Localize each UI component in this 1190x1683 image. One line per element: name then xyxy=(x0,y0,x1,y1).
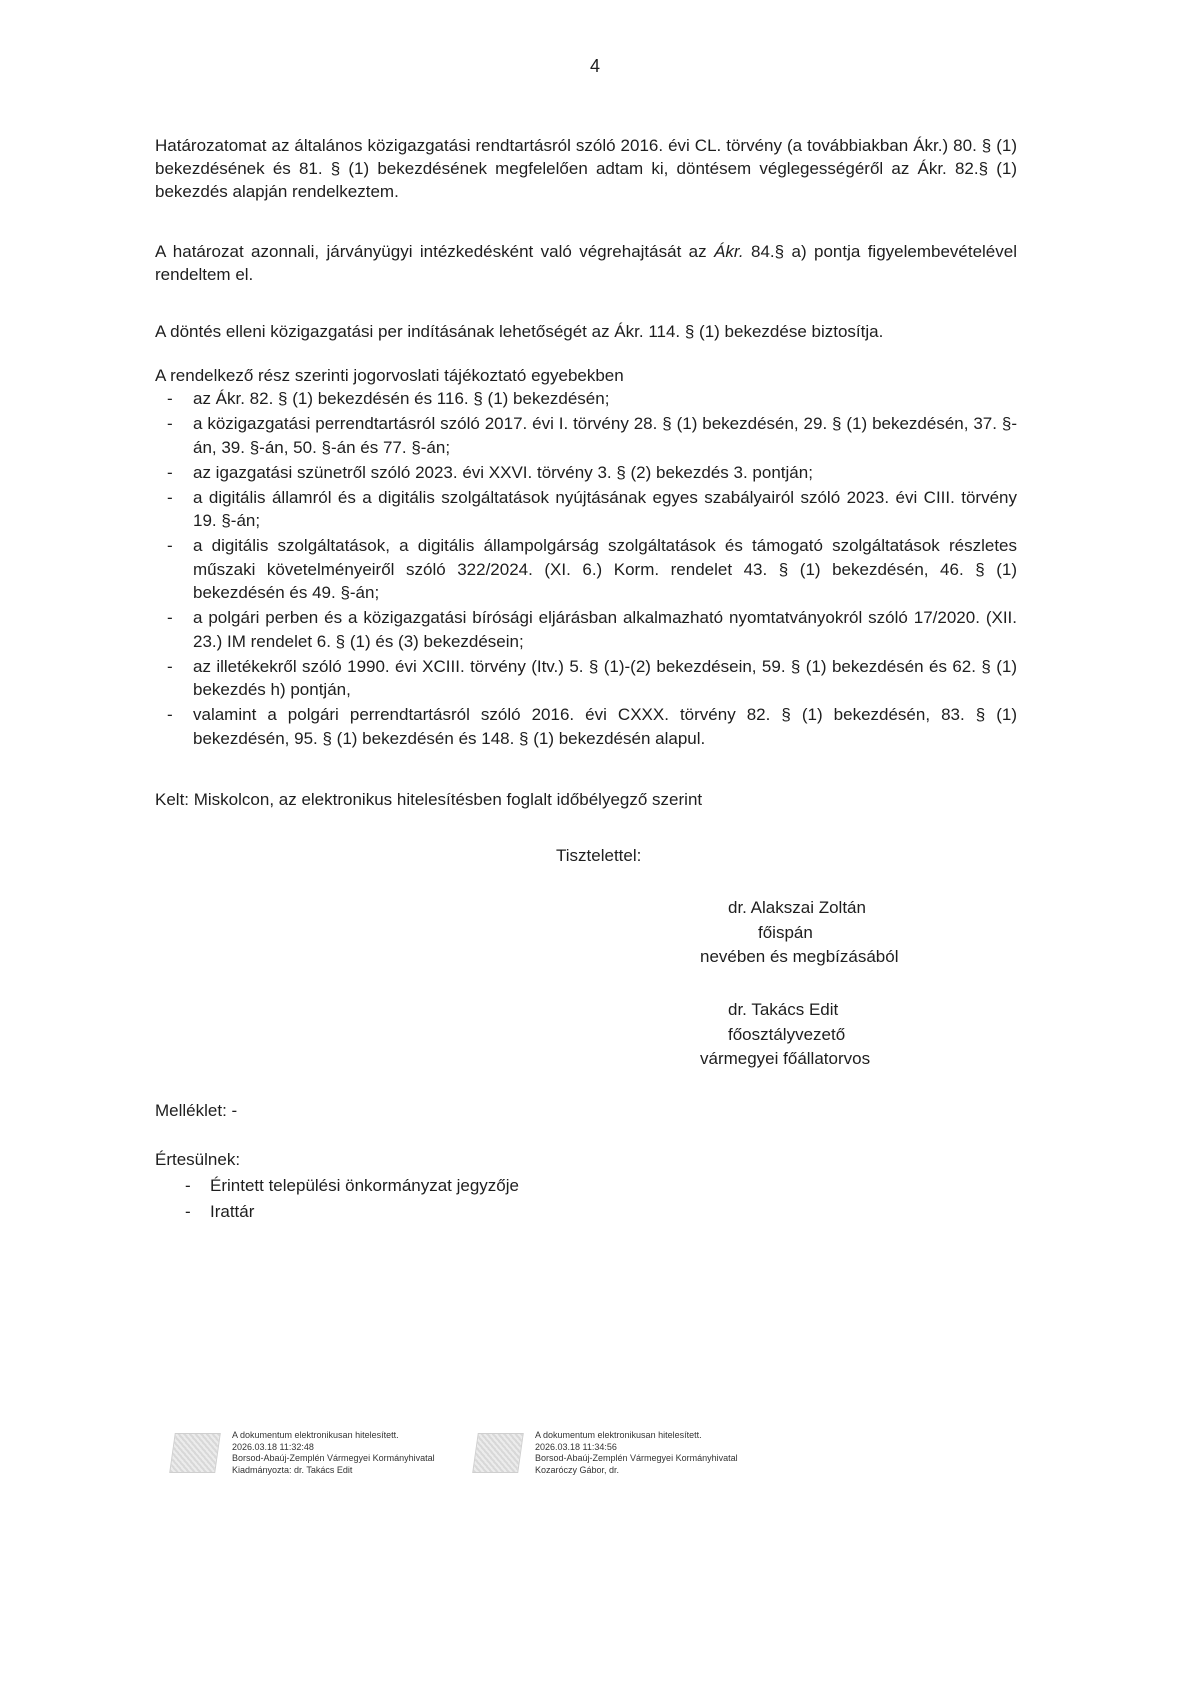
place-date-line: Kelt: Miskolcon, az elektronikus hiteles… xyxy=(155,790,702,810)
paragraph-decision-basis: Határozatomat az általános közigazgatási… xyxy=(155,134,1017,203)
stamp-timestamp: 2026.03.18 11:34:56 xyxy=(535,1442,738,1454)
stamp-authenticated: A dokumentum elektronikusan hitelesített… xyxy=(232,1430,435,1442)
seal-icon xyxy=(169,1433,221,1473)
list-item: Érintett települési önkormányzat jegyzőj… xyxy=(155,1174,755,1198)
p2-text-before: A határozat azonnali, járványügyi intézk… xyxy=(155,242,714,261)
attachment-line: Melléklet: - xyxy=(155,1101,237,1121)
list-item: az Ákr. 82. § (1) bekezdésén és 116. § (… xyxy=(155,387,1017,411)
e-signature-stamp: A dokumentum elektronikusan hitelesített… xyxy=(475,1430,738,1476)
legal-remedy-intro: A rendelkező rész szerinti jogorvoslati … xyxy=(155,364,1017,387)
list-item: a közigazgatási perrendtartásról szóló 2… xyxy=(155,412,1017,459)
legal-basis-list: az Ákr. 82. § (1) bekezdésén és 116. § (… xyxy=(155,387,1017,750)
list-item: valamint a polgári perrendtartásról szól… xyxy=(155,703,1017,750)
paragraph-appeal-right: A döntés elleni közigazgatási per indítá… xyxy=(155,320,1017,343)
list-item: az igazgatási szünetről szóló 2023. évi … xyxy=(155,461,1017,485)
page-number: 4 xyxy=(0,56,1190,77)
list-item: a polgári perben és a közigazgatási bíró… xyxy=(155,606,1017,653)
signatory-title: főispán xyxy=(700,921,1000,946)
stamp-office: Borsod-Abaúj-Zemplén Vármegyei Kormányhi… xyxy=(232,1453,435,1465)
stamp-office: Borsod-Abaúj-Zemplén Vármegyei Kormányhi… xyxy=(535,1453,738,1465)
signatory-note: nevében és megbízásából xyxy=(700,945,1000,970)
issuer-name: dr. Takács Edit xyxy=(700,998,1000,1023)
paragraph-immediate-enforcement: A határozat azonnali, járványügyi intézk… xyxy=(155,240,1017,286)
issuer-role: vármegyei főállatorvos xyxy=(700,1047,1000,1072)
list-item: a digitális szolgáltatások, a digitális … xyxy=(155,534,1017,605)
stamp-text: A dokumentum elektronikusan hitelesített… xyxy=(232,1430,435,1476)
recipients-list: Érintett települési önkormányzat jegyzőj… xyxy=(155,1174,755,1224)
stamp-text: A dokumentum elektronikusan hitelesített… xyxy=(535,1430,738,1476)
signature-block-head: dr. Alakszai Zoltán főispán nevében és m… xyxy=(700,896,1000,970)
recipients-title: Értesülnek: xyxy=(155,1150,240,1170)
legal-remedy-section: A rendelkező rész szerinti jogorvoslati … xyxy=(155,364,1017,752)
issuer-title: főosztályvezető xyxy=(700,1023,1000,1048)
list-item: a digitális államról és a digitális szol… xyxy=(155,486,1017,533)
stamp-signer: Kiadmányozta: dr. Takács Edit xyxy=(232,1465,435,1477)
stamp-timestamp: 2026.03.18 11:32:48 xyxy=(232,1442,435,1454)
list-item: az illetékekről szóló 1990. évi XCIII. t… xyxy=(155,655,1017,702)
seal-icon xyxy=(472,1433,524,1473)
stamp-signer: Kozaróczy Gábor, dr. xyxy=(535,1465,738,1477)
recipients: Érintett települési önkormányzat jegyzőj… xyxy=(155,1174,755,1225)
p2-italic-akr: Ákr. xyxy=(714,242,744,261)
signatory-name: dr. Alakszai Zoltán xyxy=(700,896,1000,921)
e-signature-stamp: A dokumentum elektronikusan hitelesített… xyxy=(172,1430,435,1476)
greeting: Tisztelettel: xyxy=(556,846,641,866)
signature-block-issuer: dr. Takács Edit főosztályvezető vármegye… xyxy=(700,998,1000,1072)
list-item: Irattár xyxy=(155,1200,755,1224)
stamp-authenticated: A dokumentum elektronikusan hitelesített… xyxy=(535,1430,738,1442)
